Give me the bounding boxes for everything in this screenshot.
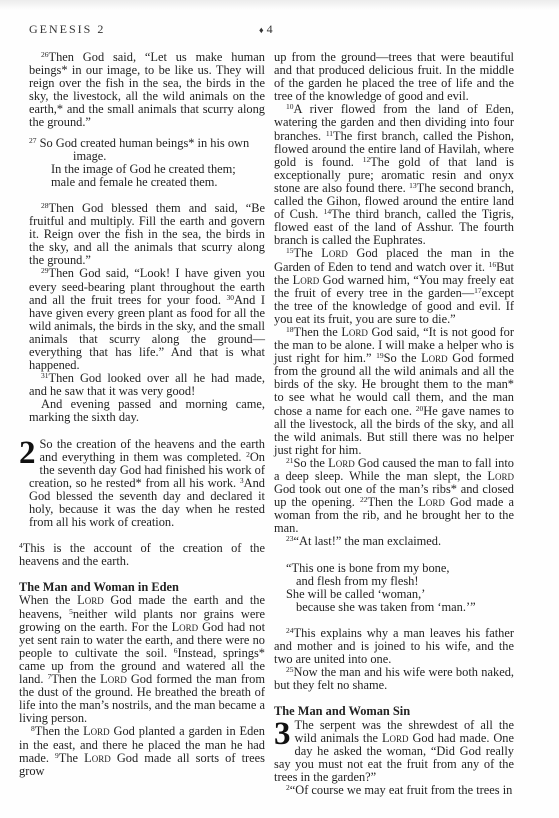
- verse-number: 16: [489, 260, 497, 269]
- verse-text: Then the: [367, 495, 418, 509]
- lord-smallcaps: Lord: [341, 325, 368, 339]
- verse-2-4a: 4This is the account of the creation of …: [19, 542, 265, 568]
- verse-2-4b-7: When the Lord God made the earth and the…: [19, 594, 265, 725]
- verse-1-31: 31Then God looked over all he had made, …: [29, 372, 265, 398]
- eden-section: The Man and Woman in Eden When the Lord …: [19, 581, 265, 777]
- verse-number: 18: [286, 325, 294, 334]
- page-top-shadow: [0, 0, 559, 10]
- verse-text: The: [59, 751, 84, 765]
- lord-smallcaps: Lord: [84, 751, 111, 765]
- lord-smallcaps: Lord: [83, 724, 110, 738]
- lord-smallcaps: Lord: [293, 273, 320, 287]
- page-number-value: 4: [267, 22, 273, 36]
- running-head: GENESIS 2: [29, 22, 105, 37]
- poem-line-text: In the image of God he created them;: [51, 162, 236, 176]
- right-column: up from the ground—trees that were beaut…: [274, 51, 514, 797]
- page-number: ♦4: [259, 22, 273, 37]
- chapter-number: 2: [19, 440, 36, 467]
- verse-2-24: 24This explains why a man leaves his fat…: [274, 627, 514, 666]
- verse-2-10-14: 10A river flowed from the land of Eden, …: [274, 103, 514, 247]
- evening-line: And evening passed and morning came, mar…: [29, 398, 265, 424]
- lord-smallcaps: Lord: [418, 495, 445, 509]
- verse-text: Then God looked over all he had made, an…: [29, 371, 265, 398]
- lord-smallcaps: Lord: [172, 620, 199, 634]
- verse-number: 27: [29, 136, 37, 145]
- verse-text: So the: [384, 351, 421, 365]
- verse-number: 31: [41, 371, 49, 380]
- verse-text: Then the: [51, 672, 100, 686]
- verse-2-23-poem: “This one is bone from my bone, and fles…: [274, 562, 514, 614]
- verse-number: 11: [326, 129, 333, 138]
- verse-2-25: 25Now the man and his wife were both nak…: [274, 666, 514, 692]
- bible-page: GENESIS 2 ♦4 26Then God said, “Let us ma…: [0, 0, 559, 818]
- verse-text: So the: [294, 456, 329, 470]
- verse-1-28: 28Then God blessed them and said, “Be fr…: [29, 202, 265, 267]
- verse-2-9-cont: up from the ground—trees that were beaut…: [274, 51, 514, 103]
- chapter-3-opening: 3The serpent was the shrewdest of all th…: [274, 719, 514, 784]
- lord-smallcaps: Lord: [487, 469, 514, 483]
- poem-line: and flesh from my flesh!: [286, 575, 514, 588]
- verse-number: 21: [286, 456, 294, 465]
- verse-2-21-22: 21So the Lord God caused the man to fall…: [274, 457, 514, 536]
- lord-smallcaps: Lord: [328, 456, 355, 470]
- verse-number: 25: [286, 665, 294, 674]
- verse-text: Then the: [35, 724, 83, 738]
- verse-1-29: 29Then God said, “Look! I have given you…: [29, 267, 265, 372]
- verse-2-23: 23“At last!” the man exclaimed.: [274, 535, 514, 548]
- chapter-number: 3: [274, 721, 291, 748]
- verse-number: 30: [226, 293, 234, 302]
- page-ornament-icon: ♦: [259, 25, 264, 35]
- verse-2-8-9: 8Then the Lord God planted a garden in E…: [19, 725, 265, 777]
- verse-text: This explains why a man leaves his fathe…: [274, 626, 514, 666]
- verse-number: 10: [286, 102, 294, 111]
- verse-number: 28: [41, 201, 49, 210]
- verse-text: “At last!” the man exclaimed.: [294, 534, 442, 548]
- poem-line: She will be called ‘woman,’: [286, 588, 514, 601]
- verse-2-18-20: 18Then the Lord God said, “It is not goo…: [274, 326, 514, 457]
- verse-text: Then God said, “Let us make human beings…: [29, 50, 265, 129]
- lord-smallcaps: Lord: [382, 731, 409, 745]
- poem-line: because she was taken from ‘man.’”: [286, 601, 514, 614]
- verse-number: 23: [286, 534, 294, 543]
- poem-line: male and female he created them.: [29, 176, 265, 189]
- poem-line-text: male and female he created them.: [51, 175, 218, 189]
- verse-number: 13: [409, 181, 417, 190]
- verse-text: Then God blessed them and said, “Be frui…: [29, 201, 265, 267]
- verse-text: This is the account of the creation of t…: [19, 541, 265, 568]
- lord-smallcaps: Lord: [100, 672, 127, 686]
- chapter-2-opening: 2So the creation of the heavens and the …: [29, 438, 265, 530]
- verse-2-15-17: 15The Lord God placed the man in the Gar…: [274, 247, 514, 326]
- verse-number: 17: [474, 286, 482, 295]
- verse-text: Then the: [294, 325, 342, 339]
- verse-1-26: 26Then God said, “Let us make human bein…: [29, 51, 265, 130]
- verse-number: 29: [41, 266, 49, 275]
- left-column: 26Then God said, “Let us make human bein…: [29, 51, 265, 778]
- verse-3-2: 2“Of course we may eat fruit from the tr…: [274, 784, 514, 797]
- lord-smallcaps: Lord: [421, 351, 448, 365]
- verse-text: So the creation of the heavens and the e…: [40, 437, 266, 464]
- verse-number: 14: [324, 207, 332, 216]
- verse-number: 24: [286, 626, 294, 635]
- verse-number: 19: [376, 351, 384, 360]
- lord-smallcaps: Lord: [321, 246, 348, 260]
- poem-line: “This one is bone from my bone,: [286, 562, 514, 575]
- lord-smallcaps: Lord: [77, 593, 104, 607]
- verse-number: 15: [286, 246, 294, 255]
- verse-text: Now the man and his wife were both naked…: [274, 665, 514, 692]
- poem-line: 27 So God created human beings* in his o…: [29, 137, 265, 150]
- verse-number: 26: [41, 50, 49, 59]
- poem-line-text: image.: [73, 149, 106, 163]
- verse-text: When the: [19, 593, 77, 607]
- verse-1-27-poem: 27 So God created human beings* in his o…: [29, 137, 265, 189]
- verse-text: “Of course we may eat fruit from the tre…: [290, 783, 513, 797]
- verse-text: The: [294, 246, 322, 260]
- poem-line-text: So God created human beings* in his own: [40, 136, 250, 150]
